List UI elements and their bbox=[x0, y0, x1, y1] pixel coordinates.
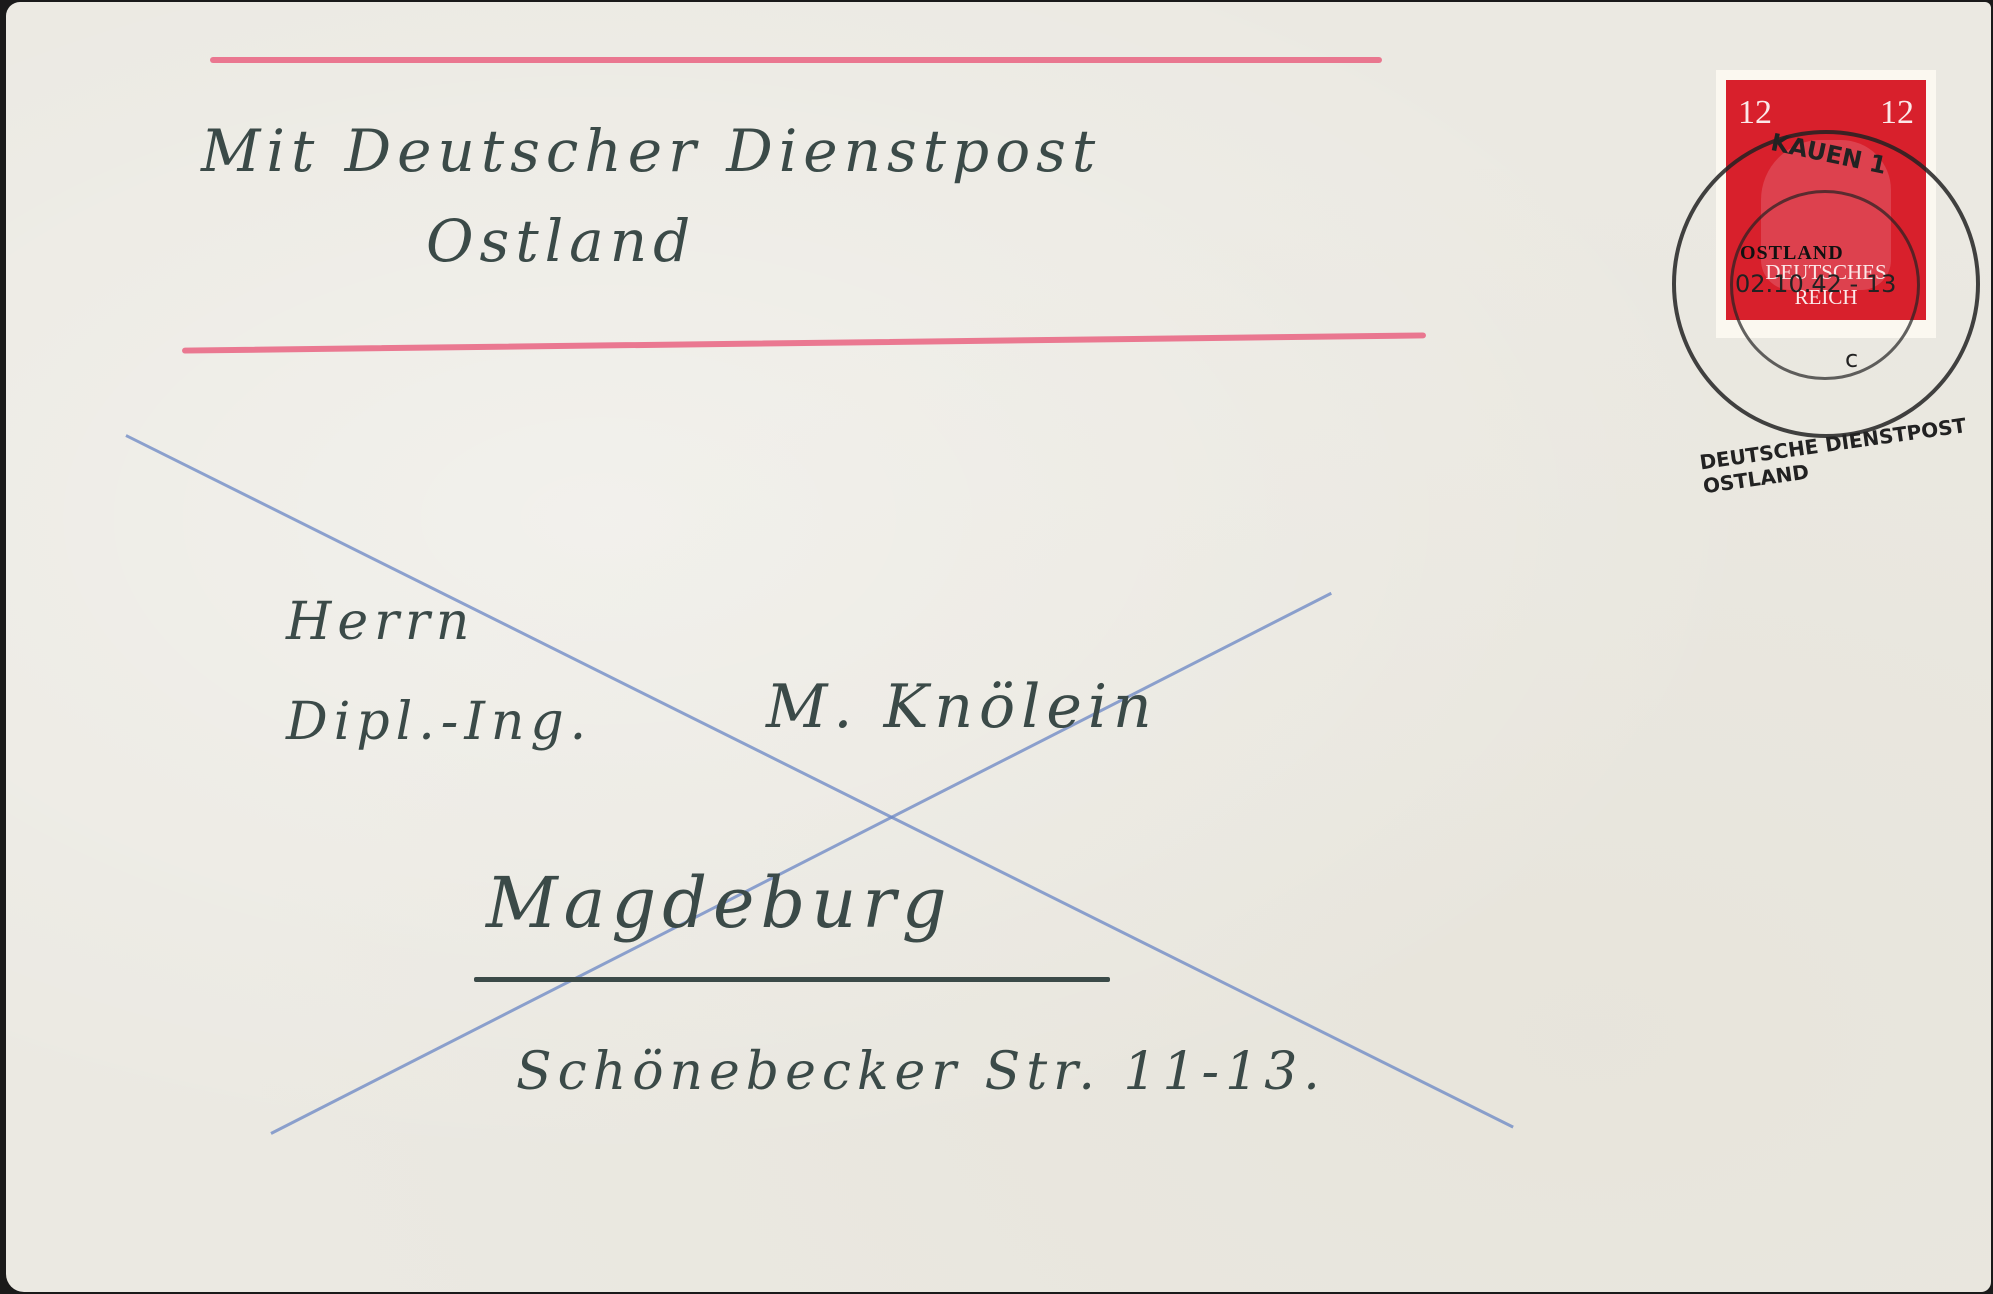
blue-cross-line-1 bbox=[125, 434, 1513, 1128]
address-name: M. Knölein bbox=[766, 672, 1158, 742]
stamp-value-left: 12 bbox=[1738, 94, 1772, 132]
address-title: Dipl.-Ing. bbox=[286, 692, 592, 752]
envelope: Mit Deutscher Dienstpost Ostland Herrn D… bbox=[6, 2, 1991, 1292]
address-salutation: Herrn bbox=[286, 592, 475, 652]
postmark-date: 02.10.42 - 13 bbox=[1735, 270, 1896, 298]
header-line-1: Mit Deutscher Dienstpost bbox=[201, 117, 1101, 185]
address-city: Magdeburg bbox=[486, 862, 953, 944]
address-street: Schönebecker Str. 11-13. bbox=[516, 1042, 1326, 1102]
stamp-value-right: 12 bbox=[1880, 94, 1914, 132]
red-pencil-line-bottom bbox=[182, 332, 1426, 353]
red-pencil-line-top bbox=[210, 57, 1382, 63]
header-line-2: Ostland bbox=[426, 207, 696, 275]
postmark-code: c bbox=[1845, 345, 1858, 373]
city-underline bbox=[474, 977, 1110, 982]
